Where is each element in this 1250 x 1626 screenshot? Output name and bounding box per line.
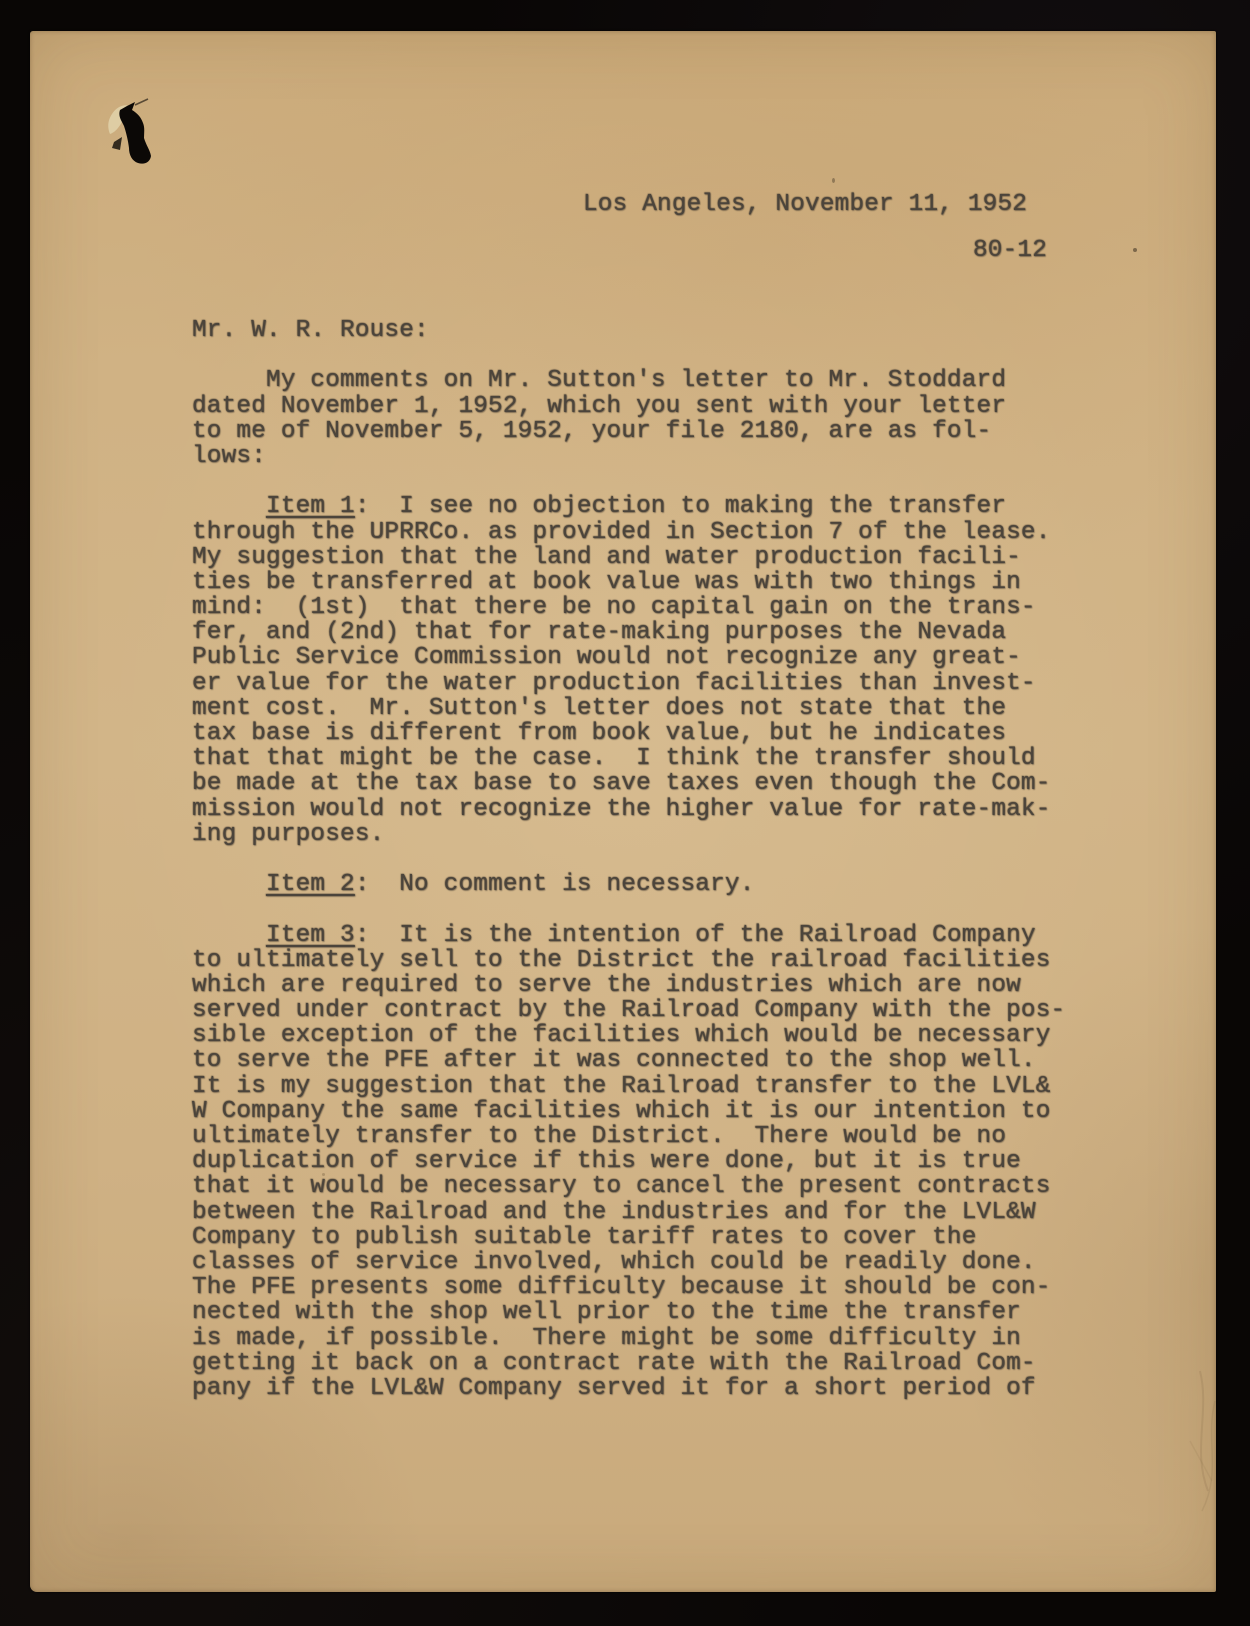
text-line: sible exception of the facilities which …: [192, 1023, 1065, 1048]
paper-hole: [105, 97, 175, 177]
text-line: served under contract by the Railroad Co…: [192, 998, 1065, 1023]
text-line: The PFE presents some difficulty because…: [192, 1275, 1065, 1300]
text-line: through the UPRRCo. as provided in Secti…: [192, 520, 1065, 545]
torn-edge-flap: [112, 137, 122, 150]
text-line: to serve the PFE after it was connected …: [192, 1048, 1065, 1073]
text-line: Item 1: I see no objection to making the…: [192, 494, 1065, 519]
text-line: nected with the shop well prior to the t…: [192, 1300, 1065, 1325]
text-line: lows:: [192, 444, 1065, 469]
item-heading: Item 2: [266, 871, 355, 898]
text-line: ment cost. Mr. Sutton's letter does not …: [192, 696, 1065, 721]
text-line: My suggestion that the land and water pr…: [192, 545, 1065, 570]
text-line: ultimately transfer to the District. The…: [192, 1124, 1065, 1149]
text-line: My comments on Mr. Sutton's letter to Mr…: [192, 368, 1065, 393]
text-line: getting it back on a contract rate with …: [192, 1351, 1065, 1376]
text-line: that it would be necessary to cancel the…: [192, 1174, 1065, 1199]
dateline: Los Angeles, November 11, 1952: [583, 191, 1027, 218]
file-number: 80-12: [973, 237, 1047, 264]
text-line: Public Service Commission would not reco…: [192, 645, 1065, 670]
text-line: Company to publish suitable tariff rates…: [192, 1225, 1065, 1250]
text-line: tax base is different from book value, b…: [192, 721, 1065, 746]
item-heading: Item 3: [266, 922, 355, 949]
text-line: Item 3: It is the intention of the Railr…: [192, 923, 1065, 948]
text-line: be made at the tax base to save taxes ev…: [192, 771, 1065, 796]
text-line: that that might be the case. I think the…: [192, 746, 1065, 771]
text-line: er value for the water production facili…: [192, 671, 1065, 696]
text-line: ing purposes.: [192, 822, 1065, 847]
text-line: fer, and (2nd) that for rate-making purp…: [192, 620, 1065, 645]
text-line: is made, if possible. There might be som…: [192, 1326, 1065, 1351]
text-line: [192, 343, 1065, 368]
paper-speck: [322, 1173, 325, 1176]
text-line: classes of service involved, which could…: [192, 1250, 1065, 1275]
text-line: It is my suggestion that the Railroad tr…: [192, 1074, 1065, 1099]
text-line: between the Railroad and the industries …: [192, 1200, 1065, 1225]
text-line: dated November 1, 1952, which you sent w…: [192, 394, 1065, 419]
text-line: ties be transferred at book value was wi…: [192, 570, 1065, 595]
crease-marks: [1130, 1361, 1240, 1551]
item-heading: Item 1: [266, 493, 355, 520]
text-line: W Company the same facilities which it i…: [192, 1099, 1065, 1124]
text-line: Item 2: No comment is necessary.: [192, 872, 1065, 897]
text-line: Mr. W. R. Rouse:: [192, 318, 1065, 343]
hole-shape: [119, 102, 151, 164]
text-line: duplication of service if this were done…: [192, 1149, 1065, 1174]
text-line: mind: (1st) that there be no capital gai…: [192, 595, 1065, 620]
paper-speck: [832, 178, 835, 183]
hole-crack: [135, 99, 148, 105]
text-line: mission would not recognize the higher v…: [192, 797, 1065, 822]
letter-page: Los Angeles, November 11, 1952 80-12 Mr.…: [30, 31, 1216, 1592]
text-line: [192, 897, 1065, 922]
text-line: to ultimately sell to the District the r…: [192, 948, 1065, 973]
letter-body: Mr. W. R. Rouse: My comments on Mr. Sutt…: [192, 318, 1065, 1401]
paper-speck: [970, 786, 973, 789]
paper-speck: [1133, 248, 1137, 252]
text-line: which are required to serve the industri…: [192, 973, 1065, 998]
text-line: to me of November 5, 1952, your file 218…: [192, 419, 1065, 444]
text-line: [192, 469, 1065, 494]
text-line: [192, 847, 1065, 872]
text-line: pany if the LVL&W Company served it for …: [192, 1376, 1065, 1401]
